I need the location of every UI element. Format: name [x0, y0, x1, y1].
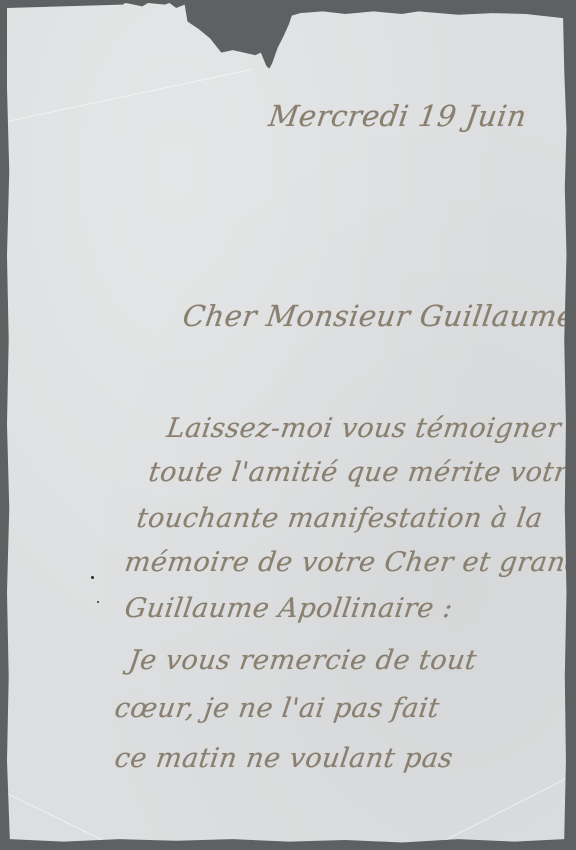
letter-date: Mercredi 19 Juin [267, 99, 529, 133]
letter-salutation: Cher Monsieur Guillaume [181, 299, 576, 333]
letter-body-line: Je vous remercie de tout [127, 645, 479, 676]
ink-speck [91, 576, 94, 579]
letter-body-line: ce matin ne voulant pas [113, 743, 455, 774]
letter-body-line: touchante manifestation à la [135, 503, 545, 534]
paper-fold-line [7, 793, 106, 842]
scan-backdrop: Mercredi 19 Juin Cher Monsieur Guillaume… [0, 0, 576, 850]
letter-page: Mercredi 19 Juin Cher Monsieur Guillaume… [7, 3, 571, 845]
ink-speck [97, 601, 99, 603]
paper-fold-line [427, 776, 570, 850]
letter-body-line: toute l'amitié que mérite votre [147, 457, 576, 488]
paper-fold-line [7, 69, 252, 122]
letter-body-line: Laissez-moi vous témoigner [165, 413, 563, 444]
letter-body-line: cœur, je ne l'ai pas fait [113, 693, 442, 724]
letter-body-line: mémoire de votre Cher et grand [123, 547, 576, 578]
letter-body-line: Guillaume Apollinaire : [123, 593, 455, 624]
